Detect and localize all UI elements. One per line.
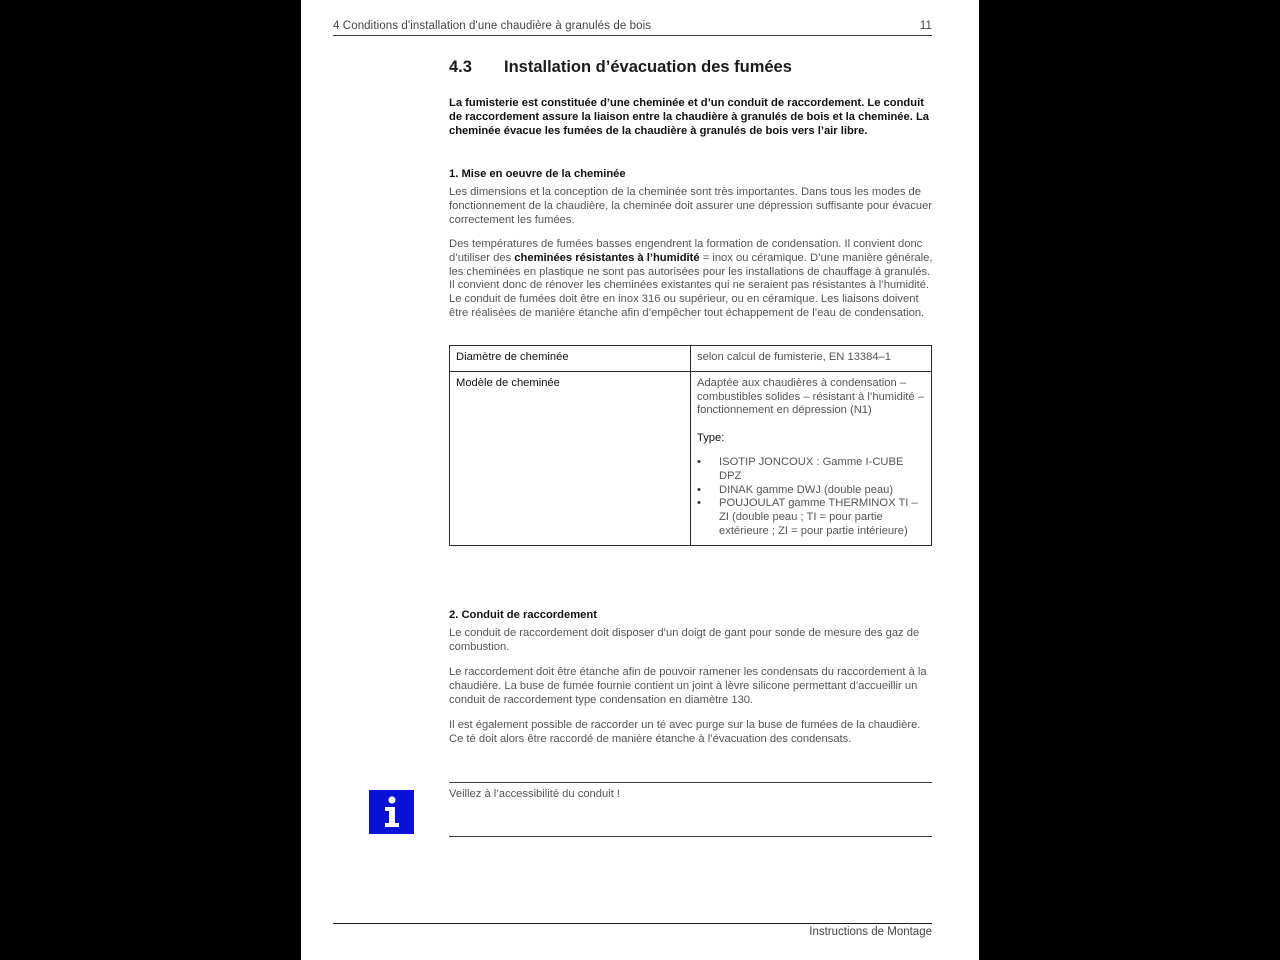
emphasis-text: cheminées résistantes à l’humidité	[514, 252, 699, 264]
note-text: Veillez à l’accessibilité du conduit !	[449, 788, 620, 800]
bullet-icon: •	[697, 497, 701, 511]
section-title: Installation d’évacuation des fumées	[504, 58, 792, 76]
table-cell-label: Modèle de cheminée	[450, 371, 691, 545]
info-glyph	[381, 796, 403, 828]
list-item: •POUJOULAT gamme THERMINOX TI – ZI (doub…	[697, 497, 925, 538]
subsection-2-paragraph-3: Il est également possible de raccorder u…	[449, 719, 933, 747]
table-cell-label: Diamètre de cheminée	[450, 346, 691, 372]
subsection-2-heading: 2. Conduit de raccordement	[449, 609, 933, 623]
chimney-spec-table: Diamètre de cheminée selon calcul de fum…	[449, 345, 932, 546]
list-item-text: ISOTIP JONCOUX : Gamme I-CUBE DPZ	[719, 456, 903, 482]
bullet-icon: •	[697, 456, 701, 470]
note-bottom-rule	[449, 836, 932, 837]
subsection-1-heading: 1. Mise en oeuvre de la cheminée	[449, 168, 933, 182]
list-item: •ISOTIP JONCOUX : Gamme I-CUBE DPZ	[697, 456, 925, 484]
list-item-text: POUJOULAT gamme THERMINOX TI – ZI (doubl…	[719, 497, 918, 537]
note-top-rule	[449, 782, 932, 783]
subsection-1-paragraph-1: Les dimensions et la conception de la ch…	[449, 186, 933, 227]
info-icon	[369, 790, 414, 834]
page-number: 11	[920, 20, 932, 32]
footer-rule	[333, 923, 932, 924]
table-row: Modèle de cheminée Adaptée aux chaudière…	[450, 371, 932, 545]
table-cell-value: Adaptée aux chaudières à condensation – …	[691, 371, 932, 545]
bullet-icon: •	[697, 484, 701, 498]
chimney-type-list: •ISOTIP JONCOUX : Gamme I-CUBE DPZ •DINA…	[697, 456, 925, 539]
section-heading: 4.3Installation d’évacuation des fumées	[449, 58, 792, 77]
type-label: Type:	[697, 432, 925, 446]
list-item-text: DINAK gamme DWJ (double peau)	[719, 484, 893, 496]
list-item: •DINAK gamme DWJ (double peau)	[697, 484, 925, 498]
running-header: 4 Conditions d'installation d'une chaudi…	[333, 19, 932, 36]
section-lead: La fumisterie est constituée d’une chemi…	[449, 97, 933, 138]
running-header-title: 4 Conditions d'installation d'une chaudi…	[333, 20, 651, 32]
chimney-model-description: Adaptée aux chaudières à condensation – …	[697, 377, 925, 418]
subsection-2-paragraph-1: Le conduit de raccordement doit disposer…	[449, 627, 933, 655]
footer-text: Instructions de Montage	[809, 926, 932, 938]
table-cell-value: selon calcul de fumisterie, EN 13384–1	[691, 346, 932, 372]
subsection-1-paragraph-2: Des températures de fumées basses engend…	[449, 238, 933, 321]
document-page: 4 Conditions d'installation d'une chaudi…	[301, 0, 979, 960]
section-number: 4.3	[449, 58, 504, 77]
table-row: Diamètre de cheminée selon calcul de fum…	[450, 346, 932, 372]
subsection-2-paragraph-2: Le raccordement doit être étanche afin d…	[449, 666, 933, 707]
